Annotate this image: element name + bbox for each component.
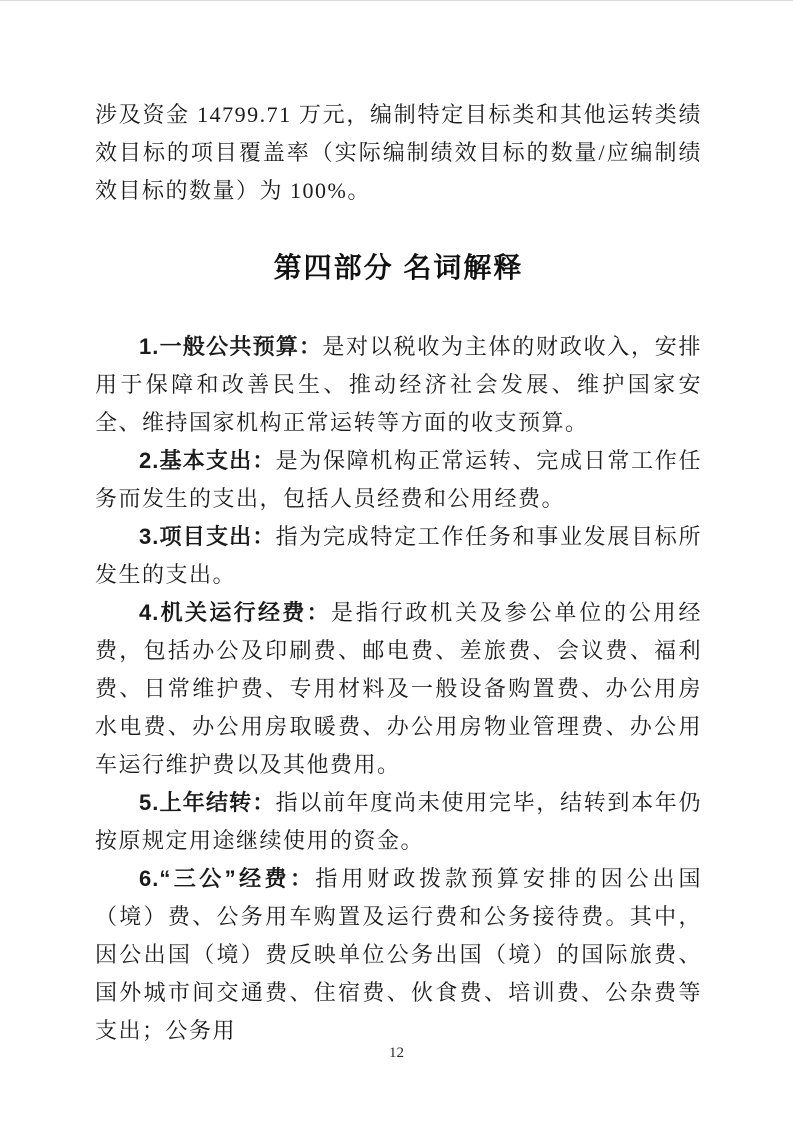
term-label: 1.一般公共预算： xyxy=(139,334,322,359)
document-page: 涉及资金 14799.71 万元，编制特定目标类和其他运转类绩效目标的项目覆盖率… xyxy=(0,0,793,1122)
term-paragraph-project-expenditure: 3.项目支出：指为完成特定工作任务和事业发展目标所发生的支出。 xyxy=(95,518,702,594)
term-paragraph-carryover-from-previous-year: 5.上年结转：指以前年度尚未使用完毕，结转到本年仍按原规定用途继续使用的资金。 xyxy=(95,784,702,860)
term-label: 4.机关运行经费： xyxy=(139,600,331,625)
term-label: 3.项目支出： xyxy=(139,524,276,549)
term-definition: 指用财政拨款预算安排的因公出国（境）费、公务用车购置及运行费和公务接待费。其中，… xyxy=(95,866,702,1043)
term-paragraph-three-public-expenses: 6.“三公”经费：指用财政拨款预算安排的因公出国（境）费、公务用车购置及运行费和… xyxy=(95,860,702,1050)
page-content: 涉及资金 14799.71 万元，编制特定目标类和其他运转类绩效目标的项目覆盖率… xyxy=(95,96,702,1050)
term-paragraph-agency-operating-funds: 4.机关运行经费：是指行政机关及参公单位的公用经费，包括办公及印刷费、邮电费、差… xyxy=(95,594,702,784)
term-definition: 是指行政机关及参公单位的公用经费，包括办公及印刷费、邮电费、差旅费、会议费、福利… xyxy=(95,600,702,777)
term-paragraph-basic-expenditure: 2.基本支出：是为保障机构正常运转、完成日常工作任务而发生的支出，包括人员经费和… xyxy=(95,442,702,518)
term-label: 2.基本支出： xyxy=(139,448,276,473)
section-heading: 第四部分 名词解释 xyxy=(95,248,702,288)
term-paragraph-general-public-budget: 1.一般公共预算：是对以税收为主体的财政收入，安排用于保障和改善民生、推动经济社… xyxy=(95,328,702,442)
term-label: 5.上年结转： xyxy=(139,790,276,815)
page-number: 12 xyxy=(0,1044,793,1062)
term-label: 6.“三公”经费： xyxy=(139,866,315,891)
intro-paragraph: 涉及资金 14799.71 万元，编制特定目标类和其他运转类绩效目标的项目覆盖率… xyxy=(95,96,702,210)
